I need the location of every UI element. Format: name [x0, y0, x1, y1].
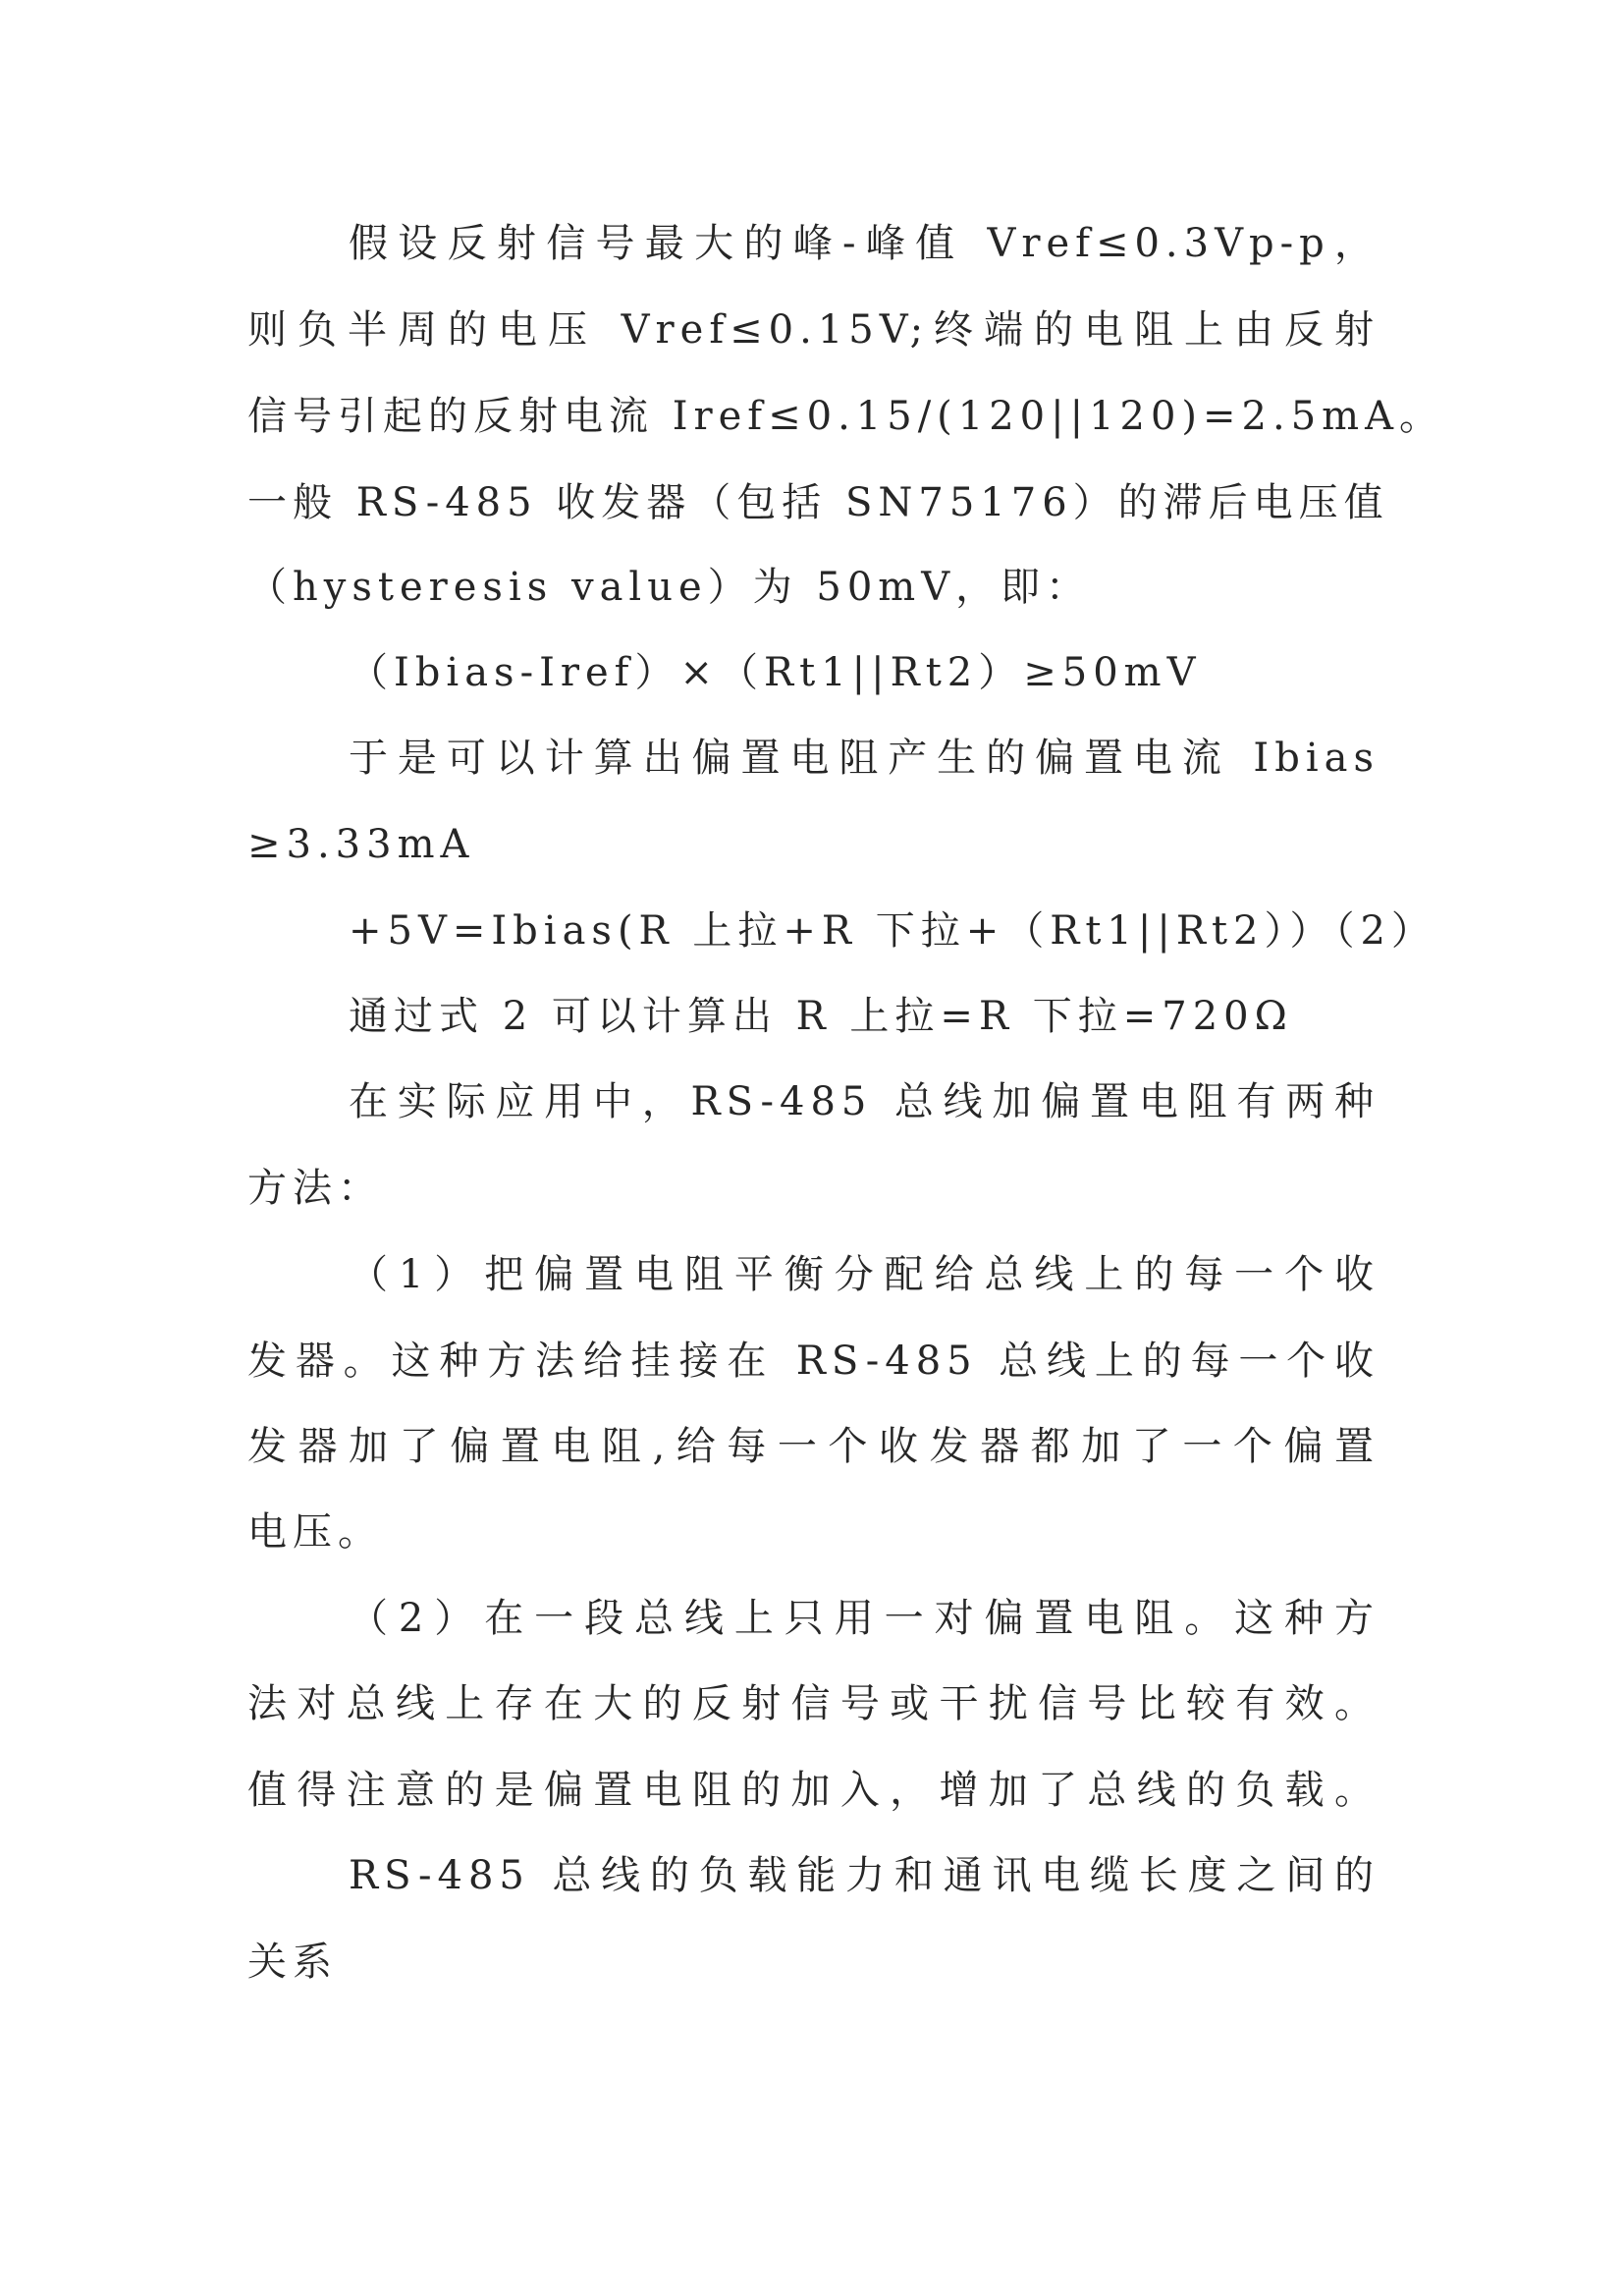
paragraph-1-line-4: 一般 RS-485 收发器（包括 SN75176）的滞后电压值 — [247, 473, 1380, 532]
paragraph-1-line-1: 假设反射信号最大的峰-峰值 Vref≤0.3Vp-p， — [349, 214, 1380, 273]
paragraph-8-line-3: 值得注意的是偏置电阻的加入，增加了总线的负载。 — [247, 1761, 1380, 1820]
paragraph-7-line-2: 发器。这种方法给挂接在 RS-485 总线上的每一个收 — [247, 1332, 1380, 1391]
paragraph-8-line-1: （2）在一段总线上只用一对偏置电阻。这种方 — [349, 1589, 1380, 1648]
paragraph-3-line-2: ≥3.33mA — [247, 815, 474, 874]
paragraph-9-line-2: 关系 — [247, 1933, 338, 1992]
paragraph-1-line-5: （hysteresis value）为 50mV，即： — [247, 558, 1091, 617]
document-page: 假设反射信号最大的峰-峰值 Vref≤0.3Vp-p， 则负半周的电压 Vref… — [0, 0, 1623, 2296]
paragraph-5-line-1: 通过式 2 可以计算出 R 上拉=R 下拉=720Ω — [349, 987, 1293, 1046]
paragraph-6-line-2: 方法： — [247, 1159, 383, 1218]
formula-hysteresis: （Ibias-Iref）×（Rt1||Rt2）≥50mV — [349, 643, 1201, 702]
paragraph-8-line-2: 法对总线上存在大的反射信号或干扰信号比较有效。 — [247, 1674, 1380, 1733]
paragraph-1-line-3: 信号引起的反射电流 Iref≤0.15/(120||120)=2.5mA。 — [247, 387, 1380, 446]
paragraph-1-line-2: 则负半周的电压 Vref≤0.15V;终端的电阻上由反射 — [247, 301, 1380, 359]
paragraph-9-line-1: RS-485 总线的负载能力和通讯电缆长度之间的 — [349, 1846, 1380, 1905]
formula-2: +5V=Ibias(R 上拉+R 下拉+（Rt1||Rt2））（2） — [349, 902, 1380, 960]
paragraph-7-line-3: 发器加了偏置电阻,给每一个收发器都加了一个偏置 — [247, 1417, 1380, 1476]
paragraph-3-line-1: 于是可以计算出偏置电阻产生的偏置电流 Ibias — [349, 729, 1380, 788]
paragraph-7-line-4: 电压。 — [247, 1503, 383, 1561]
paragraph-6-line-1: 在实际应用中，RS-485 总线加偏置电阻有两种 — [349, 1072, 1380, 1131]
paragraph-7-line-1: （1）把偏置电阻平衡分配给总线上的每一个收 — [349, 1245, 1380, 1304]
